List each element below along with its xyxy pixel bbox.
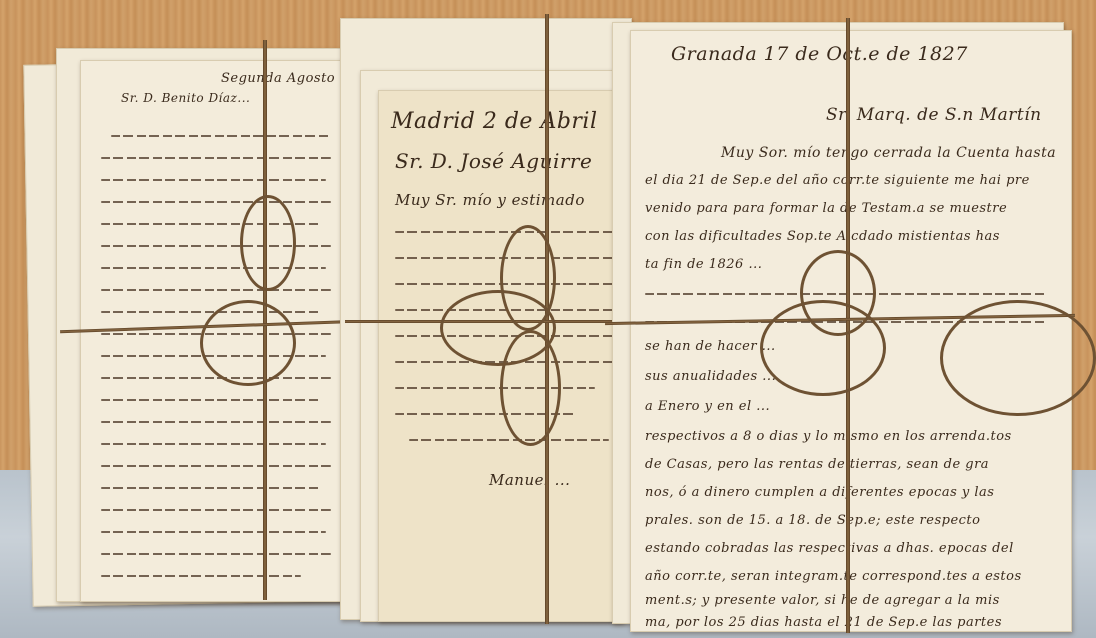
handwriting-line — [101, 465, 331, 467]
letter-line: de Casas, pero las rentas de tierras, se… — [645, 457, 989, 472]
letter-line: respectivos a 8 o dias y lo mismo en los… — [645, 429, 1012, 444]
twine-bow-loop — [760, 300, 886, 396]
letter-line: a Enero y en el ... — [645, 399, 770, 414]
handwriting-line — [101, 267, 326, 269]
twine-bow-loop — [240, 195, 296, 291]
handwriting-line — [101, 575, 301, 577]
center-signature: Manuel ... — [489, 471, 570, 489]
letter-line: ma, por los 25 dias hasta el 21 de Sep.e… — [645, 615, 1002, 630]
right-addressee: Sr. Marq. de S.n Martín — [826, 105, 1042, 125]
letter-line: se han de hacer ... — [645, 339, 776, 354]
letter-line: prales. son de 15. a 18. de Sep.e; este … — [645, 513, 980, 528]
handwriting-line — [101, 289, 331, 291]
handwriting-line — [101, 443, 326, 445]
handwriting-line — [101, 531, 326, 533]
twine-bow-loop — [500, 330, 561, 446]
handwriting-line — [409, 439, 609, 441]
handwriting-line — [101, 399, 321, 401]
letter-line: nos, ó a dinero cumplen a diferentes epo… — [645, 485, 994, 500]
center-addressee: Sr. D. José Aguirre — [395, 149, 592, 173]
letter-line: con las dificultades Sop.te Alcdado mist… — [645, 229, 1000, 244]
letter-line: venido para para formar la de Testam.a s… — [645, 201, 1007, 216]
handwriting-line — [101, 553, 331, 555]
center-place-date: Madrid 2 de Abril — [391, 109, 598, 134]
letter-line: estando cobradas las respectivas a dhas.… — [645, 541, 1014, 556]
letter-line: sus anualidades ... — [645, 369, 776, 384]
letter-line: Muy Sor. mío tengo cerrada la Cuenta has… — [721, 145, 1056, 161]
letter-line: año corr.te, seran integram.te correspon… — [645, 569, 1022, 584]
handwriting-line — [111, 135, 331, 137]
handwriting-line — [101, 377, 331, 379]
handwriting-line — [101, 311, 321, 313]
twine-bow-loop — [200, 300, 296, 386]
letter-line: ment.s; y presente valor, si he de agreg… — [645, 593, 1000, 608]
photograph: Segunda Agosto 1... Sr. D. Benito Díaz..… — [0, 0, 1096, 638]
handwriting-line — [101, 509, 331, 511]
right-place-date: Granada 17 de Oct.e de 1827 — [671, 43, 968, 65]
handwriting-line — [101, 245, 331, 247]
center-opening: Muy Sr. mío y estimado — [395, 191, 585, 209]
left-salutation: Sr. D. Benito Díaz... — [121, 91, 250, 105]
handwriting-line — [101, 201, 331, 203]
handwriting-line — [101, 179, 326, 181]
handwriting-line — [101, 421, 331, 423]
twine-bow-loop — [940, 300, 1096, 416]
handwriting-line — [395, 231, 615, 233]
letter-line: ta fin de 1826 ... — [645, 257, 762, 272]
letter-line: el dia 21 de Sep.e del año corr.te sigui… — [645, 173, 1030, 188]
handwriting-line — [101, 157, 331, 159]
handwriting-line — [101, 487, 321, 489]
handwriting-line — [395, 387, 595, 389]
